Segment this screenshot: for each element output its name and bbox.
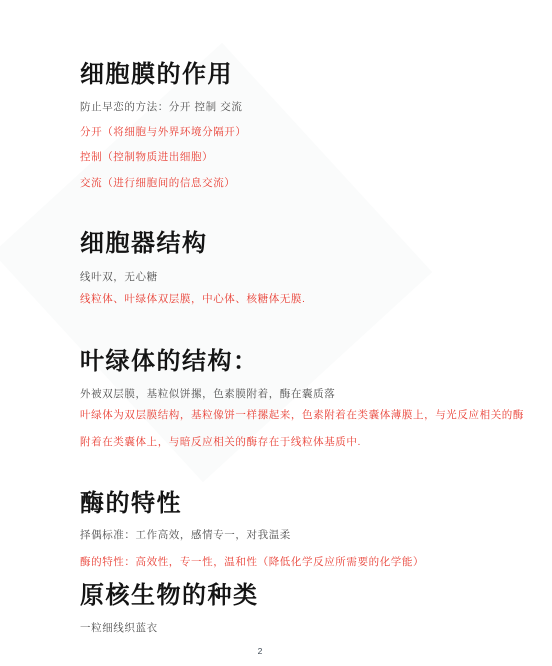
mnemonic-line: 防止早恋的方法：分开 控制 交流 (80, 102, 242, 113)
section-heading-cell-membrane: 细胞膜的作用 (80, 63, 233, 87)
page-number: 2 (0, 646, 520, 656)
note-line: 附着在类囊体上，与暗反应相关的酶存在于线粒体基质中. (80, 437, 361, 448)
section-heading-organelle-structure: 细胞器结构 (80, 232, 208, 256)
section-heading-prokaryote-types: 原核生物的种类 (80, 584, 259, 608)
note-line: 控制（控制物质进出细胞） (80, 152, 213, 163)
mnemonic-line: 外被双层膜，基粒似饼摞，色素膜附着，酶在囊质落 (80, 389, 335, 400)
section-heading-enzyme-properties: 酶的特性 (80, 492, 182, 516)
mnemonic-line: 一粒细线织蓝衣 (80, 623, 158, 634)
note-line: 线粒体、叶绿体双层膜，中心体、核糖体无膜. (80, 294, 306, 305)
mnemonic-line: 线叶双，无心糖 (80, 272, 158, 283)
document-page: 细胞膜的作用 防止早恋的方法：分开 控制 交流 分开（将细胞与外界环境分隔开） … (0, 0, 552, 666)
note-line: 交流（进行细胞间的信息交流） (80, 178, 235, 189)
note-line: 酶的特性：高效性，专一性，温和性（降低化学反应所需要的化学能） (80, 557, 424, 568)
mnemonic-line: 择偶标准：工作高效，感情专一，对我温柔 (80, 530, 291, 541)
note-line: 分开（将细胞与外界环境分隔开） (80, 127, 247, 138)
section-heading-chloroplast-structure: 叶绿体的结构： (80, 350, 259, 374)
note-line: 叶绿体为双层膜结构，基粒像饼一样摞起来，色素附着在类囊体薄膜上，与光反应相关的酶 (80, 410, 524, 421)
